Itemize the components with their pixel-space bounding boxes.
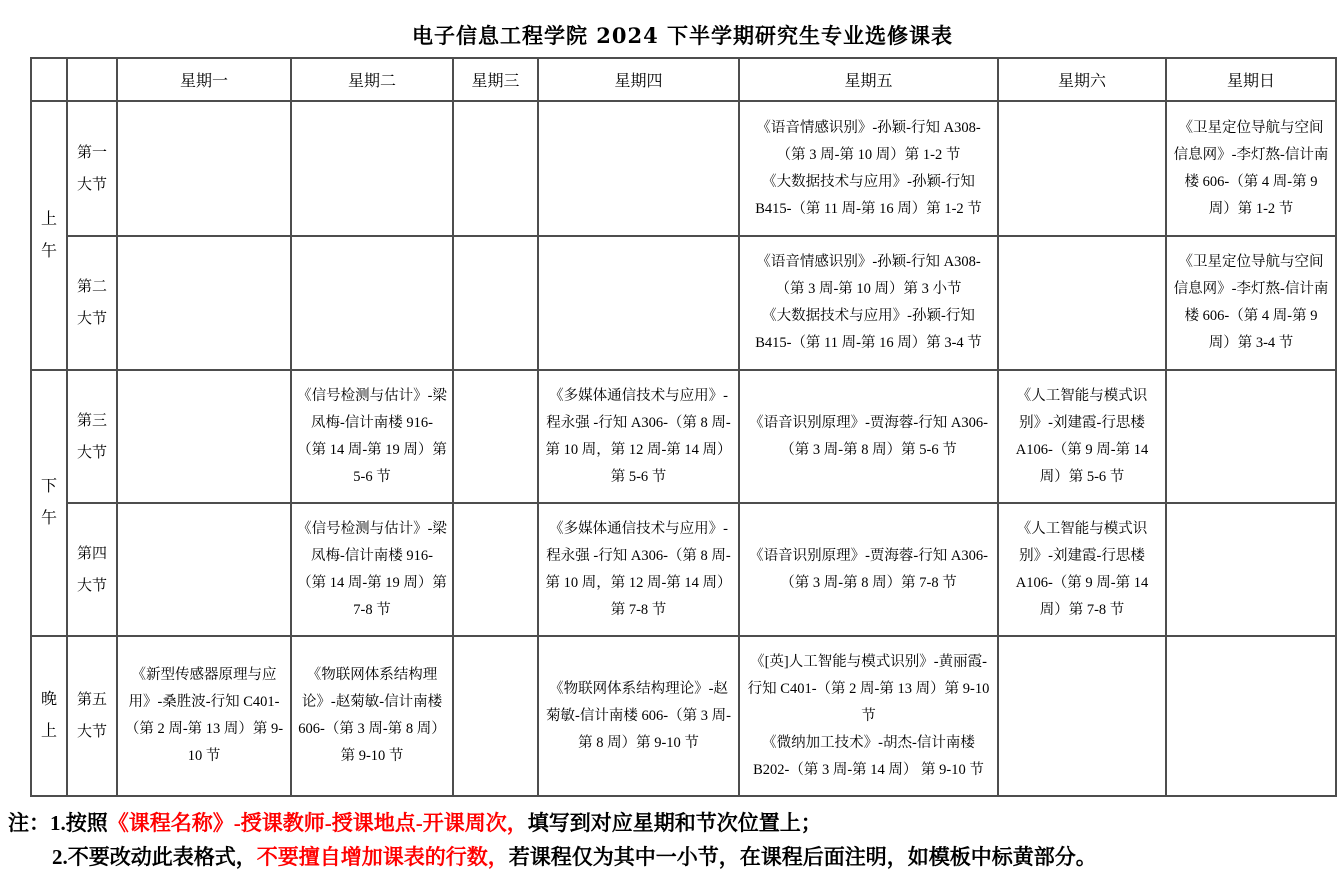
course-cell-r4-sun <box>1166 503 1336 636</box>
course-cell-r2-fri: 《语音情感识别》-孙颖-行知 A308-（第 3 周-第 10 周）第 3 小节… <box>739 236 998 370</box>
course-cell-r5-wed <box>453 636 538 796</box>
note-prefix: 注： <box>8 811 50 835</box>
course-cell-r1-wed <box>453 101 538 236</box>
row-section-5: 晚上 第五大节 《新型传感器原理与应用》-桑胜波-行知 C401-（第 2 周-… <box>31 636 1336 796</box>
course-cell-r5-tue: 《物联网体系结构理论》-赵菊敏-信计南楼 606-（第 3 周-第 8 周）第 … <box>291 636 453 796</box>
footer-notes: 注：1.按照《课程名称》-授课教师-授课地点-开课周次，填写到对应星期和节次位置… <box>8 806 1342 874</box>
period-label-morning: 上午 <box>31 101 67 370</box>
section-label-3: 第三大节 <box>67 370 117 503</box>
course-cell-r5-sun <box>1166 636 1336 796</box>
course-cell-r4-thu: 《多媒体通信技术与应用》-程永强 -行知 A306-（第 8 周-第 10 周，… <box>538 503 739 636</box>
course-cell-r5-thu: 《物联网体系结构理论》-赵菊敏-信计南楼 606-（第 3 周-第 8 周）第 … <box>538 636 739 796</box>
header-row: 星期一 星期二 星期三 星期四 星期五 星期六 星期日 <box>31 58 1336 101</box>
course-cell-r4-sat: 《人工智能与模式识别》-刘建霞-行思楼 A106-（第 9 周-第 14 周）第… <box>998 503 1166 636</box>
course-cell-r3-wed <box>453 370 538 503</box>
note-red-row-rule: 不要擅自增加课表的行数， <box>257 845 509 869</box>
day-header-fri: 星期五 <box>739 58 998 101</box>
corner-cell-section <box>67 58 117 101</box>
course-cell-r5-sat <box>998 636 1166 796</box>
corner-cell-period <box>31 58 67 101</box>
course-cell-r2-mon <box>117 236 291 370</box>
day-header-wed: 星期三 <box>453 58 538 101</box>
course-cell-r3-sat: 《人工智能与模式识别》-刘建霞-行思楼 A106-（第 9 周-第 14 周）第… <box>998 370 1166 503</box>
course-cell-r3-fri: 《语音识别原理》-贾海蓉-行知 A306-（第 3 周-第 8 周）第 5-6 … <box>739 370 998 503</box>
page-title: 电子信息工程学院 2024 下半学期研究生专业选修课表 <box>30 20 1335 50</box>
course-cell-r2-sun: 《卫星定位导航与空间信息网》-李灯熬-信计南楼 606-（第 4 周-第 9 周… <box>1166 236 1336 370</box>
period-label-afternoon: 下午 <box>31 370 67 636</box>
course-cell-r5-mon: 《新型传感器原理与应用》-桑胜波-行知 C401-（第 2 周-第 13 周）第… <box>117 636 291 796</box>
course-cell-r3-mon <box>117 370 291 503</box>
section-label-2: 第二大节 <box>67 236 117 370</box>
course-cell-r1-tue <box>291 101 453 236</box>
course-cell-r1-thu <box>538 101 739 236</box>
section-label-5: 第五大节 <box>67 636 117 796</box>
row-section-3: 下午 第三大节 《信号检测与估计》-梁凤梅-信计南楼 916-（第 14 周-第… <box>31 370 1336 503</box>
course-cell-r1-sat <box>998 101 1166 236</box>
course-cell-r2-wed <box>453 236 538 370</box>
course-cell-r4-fri: 《语音识别原理》-贾海蓉-行知 A306-（第 3 周-第 8 周）第 7-8 … <box>739 503 998 636</box>
course-cell-r1-sun: 《卫星定位导航与空间信息网》-李灯熬-信计南楼 606-（第 4 周-第 9 周… <box>1166 101 1336 236</box>
row-section-1: 上午 第一大节 《语音情感识别》-孙颖-行知 A308-（第 3 周-第 10 … <box>31 101 1336 236</box>
course-cell-r1-fri: 《语音情感识别》-孙颖-行知 A308-（第 3 周-第 10 周）第 1-2 … <box>739 101 998 236</box>
row-section-4: 第四大节 《信号检测与估计》-梁凤梅-信计南楼 916-（第 14 周-第 19… <box>31 503 1336 636</box>
course-cell-r3-sun <box>1166 370 1336 503</box>
course-cell-r4-tue: 《信号检测与估计》-梁凤梅-信计南楼 916-（第 14 周-第 19 周）第 … <box>291 503 453 636</box>
course-cell-r4-wed <box>453 503 538 636</box>
day-header-sat: 星期六 <box>998 58 1166 101</box>
day-header-sun: 星期日 <box>1166 58 1336 101</box>
section-label-1: 第一大节 <box>67 101 117 236</box>
course-timetable: 星期一 星期二 星期三 星期四 星期五 星期六 星期日 上午 第一大节 《语音情… <box>30 57 1337 797</box>
course-cell-r2-thu <box>538 236 739 370</box>
note-line-2: 2.不要改动此表格式，不要擅自增加课表的行数，若课程仅为其中一小节，在课程后面注… <box>8 840 1342 874</box>
course-cell-r3-tue: 《信号检测与估计》-梁凤梅-信计南楼 916-（第 14 周-第 19 周）第 … <box>291 370 453 503</box>
course-cell-r4-mon <box>117 503 291 636</box>
day-header-tue: 星期二 <box>291 58 453 101</box>
day-header-thu: 星期四 <box>538 58 739 101</box>
course-cell-r2-sat <box>998 236 1166 370</box>
note-red-format-rule: 《课程名称》-授课教师-授课地点-开课周次， <box>108 811 528 835</box>
day-header-mon: 星期一 <box>117 58 291 101</box>
course-cell-r2-tue <box>291 236 453 370</box>
section-label-4: 第四大节 <box>67 503 117 636</box>
period-label-evening: 晚上 <box>31 636 67 796</box>
note-line-1: 注：1.按照《课程名称》-授课教师-授课地点-开课周次，填写到对应星期和节次位置… <box>8 806 1342 840</box>
course-cell-r5-fri: 《[英]人工智能与模式识别》-黄丽霞-行知 C401-（第 2 周-第 13 周… <box>739 636 998 796</box>
row-section-2: 第二大节 《语音情感识别》-孙颖-行知 A308-（第 3 周-第 10 周）第… <box>31 236 1336 370</box>
course-cell-r3-thu: 《多媒体通信技术与应用》-程永强 -行知 A306-（第 8 周-第 10 周，… <box>538 370 739 503</box>
course-cell-r1-mon <box>117 101 291 236</box>
